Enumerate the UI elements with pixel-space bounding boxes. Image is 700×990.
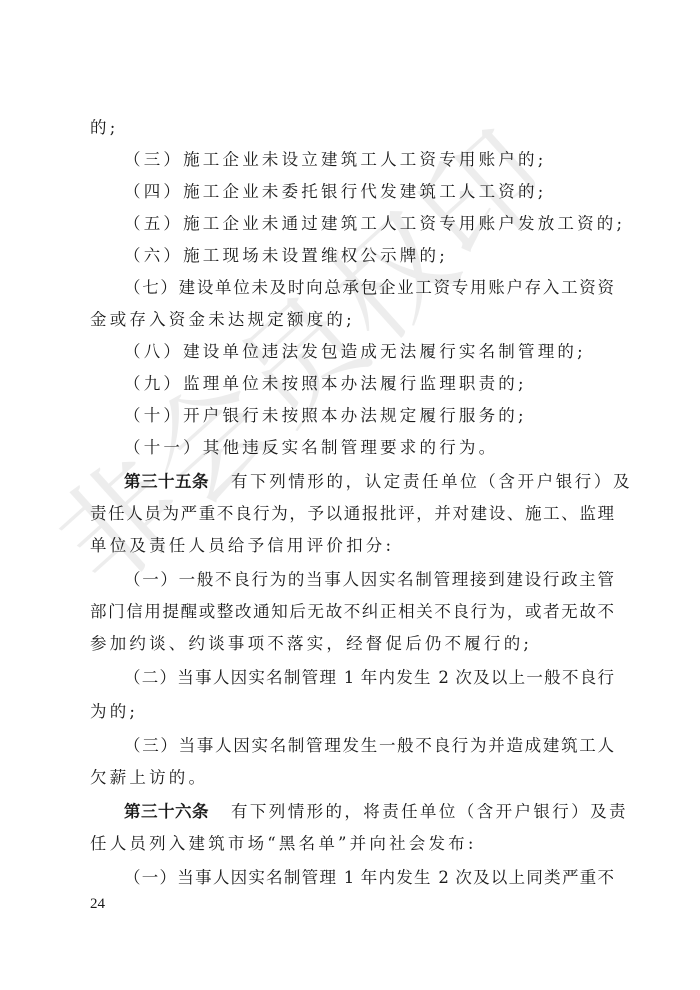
- list-item: （一）当事人因实名制管理 1 年内发生 2 次及以上同类严重不: [124, 862, 614, 894]
- list-item: （一）一般不良行为的当事人因实名制管理接到建设行政主管: [124, 564, 614, 596]
- article-title: 第三十五条: [124, 472, 209, 491]
- text-line: 金或存入资金未达规定额度的;: [90, 304, 614, 336]
- text-line: 责任人员为严重不良行为，予以通报批评，并对建设、施工、监理: [90, 498, 614, 530]
- text-line: 的;: [90, 112, 614, 144]
- list-item: （五）施工企业未通过建筑工人工资专用账户发放工资的;: [124, 208, 614, 240]
- text-line: 参加约谈、约谈事项不落实，经督促后仍不履行的;: [90, 628, 614, 660]
- document-page: 非会员权印 的; （三）施工企业未设立建筑工人工资专用账户的; （四）施工企业未…: [0, 0, 700, 990]
- article-text: 有下列情形的，认定责任单位（含开户银行）及: [231, 472, 632, 491]
- list-item: （八）建设单位违法发包造成无法履行实名制管理的;: [124, 336, 614, 368]
- list-item: （三）施工企业未设立建筑工人工资专用账户的;: [124, 144, 614, 176]
- list-item: （三）当事人因实名制管理发生一般不良行为并造成建筑工人: [124, 730, 614, 762]
- text-line: 单位及责任人员给予信用评价扣分:: [90, 530, 614, 562]
- list-item: （十）开户银行未按照本办法规定履行服务的;: [124, 400, 614, 432]
- list-item: （二）当事人因实名制管理 1 年内发生 2 次及以上一般不良行: [124, 662, 614, 694]
- text-line: 为的;: [90, 696, 614, 728]
- list-item: （十一）其他违反实名制管理要求的行为。: [124, 432, 614, 464]
- text-line: 欠薪上访的。: [90, 762, 614, 794]
- list-item: （六）施工现场未设置维权公示牌的;: [124, 240, 614, 272]
- article-title: 第三十六条: [124, 802, 209, 821]
- text-line: 部门信用提醒或整改通知后无故不纠正相关不良行为，或者无故不: [90, 596, 614, 628]
- list-item: （九）监理单位未按照本办法履行监理职责的;: [124, 368, 614, 400]
- page-number: 24: [90, 896, 105, 913]
- article-35: 第三十五条有下列情形的，认定责任单位（含开户银行）及: [124, 466, 614, 498]
- list-item: （七）建设单位未及时向总承包企业工资专用账户存入工资资: [124, 272, 614, 304]
- article-36: 第三十六条有下列情形的，将责任单位（含开户银行）及责: [124, 796, 614, 828]
- text-line: 任人员列入建筑市场“黑名单”并向社会发布:: [90, 828, 614, 860]
- list-item: （四）施工企业未委托银行代发建筑工人工资的;: [124, 176, 614, 208]
- article-text: 有下列情形的，将责任单位（含开户银行）及责: [231, 802, 628, 821]
